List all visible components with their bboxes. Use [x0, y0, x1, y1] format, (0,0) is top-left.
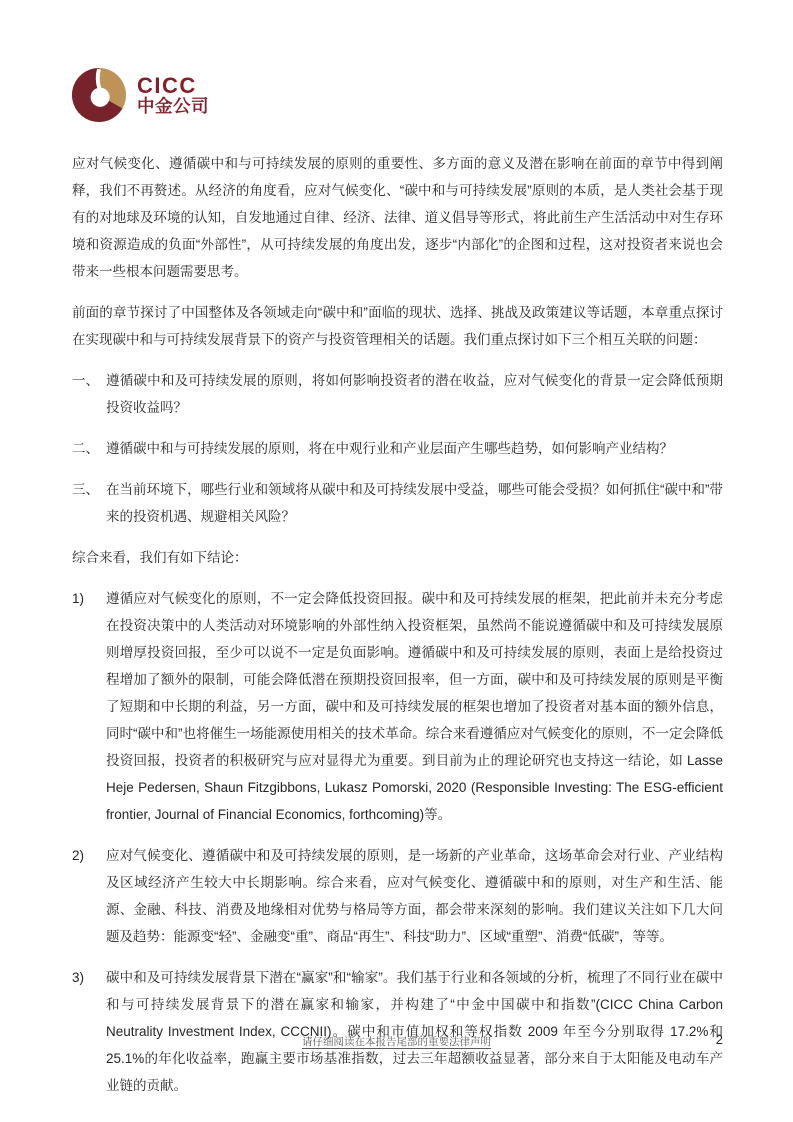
page-footer: 请仔细阅读在本报告尾部的重要法律声明 2: [0, 1034, 793, 1056]
paragraph-chapter-overview: 前面的章节探讨了中国整体及各领域走向“碳中和”面临的现状、选择、挑战及政策建议等…: [72, 299, 723, 353]
question-marker-3: 三、: [72, 476, 106, 530]
conclusions-intro: 综合来看，我们有如下结论：: [72, 544, 723, 571]
conclusion-marker-2: 2): [72, 842, 106, 950]
brand-text: CICC 中金公司: [137, 74, 209, 117]
page-number: 2: [716, 1032, 723, 1047]
question-item-3: 三、 在当前环境下，哪些行业和领域将从碳中和及可持续发展中受益，哪些可能会受损？…: [72, 476, 723, 530]
conclusion-marker-3: 3): [72, 964, 106, 1099]
document-body: 应对气候变化、遵循碳中和与可持续发展的原则的重要性、多方面的意义及潜在影响在前面…: [72, 150, 723, 1113]
conclusion-item-1: 1) 遵循应对气候变化的原则，不一定会降低投资回报。碳中和及可持续发展的框架，把…: [72, 585, 723, 828]
question-text-1: 遵循碳中和及可持续发展的原则，将如何影响投资者的潜在收益，应对气候变化的背景一定…: [106, 367, 723, 421]
cicc-logo-icon: [72, 68, 126, 122]
question-text-2: 遵循碳中和与可持续发展的原则，将在中观行业和产业层面产生哪些趋势，如何影响产业结…: [106, 435, 723, 462]
report-page: CICC 中金公司 应对气候变化、遵循碳中和与可持续发展的原则的重要性、多方面的…: [0, 0, 793, 1122]
conclusion-item-2: 2) 应对气候变化、遵循碳中和及可持续发展的原则，是一场新的产业革命，这场革命会…: [72, 842, 723, 950]
brand-name-en: CICC: [137, 74, 209, 98]
legal-disclaimer: 请仔细阅读在本报告尾部的重要法律声明: [0, 1034, 793, 1049]
question-item-2: 二、 遵循碳中和与可持续发展的原则，将在中观行业和产业层面产生哪些趋势，如何影响…: [72, 435, 723, 462]
question-marker-1: 一、: [72, 367, 106, 421]
header: CICC 中金公司: [72, 68, 209, 122]
conclusion-item-3: 3) 碳中和及可持续发展背景下潜在“赢家”和“输家”。我们基于行业和各领域的分析…: [72, 964, 723, 1099]
conclusion-text-2: 应对气候变化、遵循碳中和及可持续发展的原则，是一场新的产业革命，这场革命会对行业…: [106, 842, 723, 950]
conclusion-text-3: 碳中和及可持续发展背景下潜在“赢家”和“输家”。我们基于行业和各领域的分析，梳理…: [106, 964, 723, 1099]
conclusion-marker-1: 1): [72, 585, 106, 828]
question-marker-2: 二、: [72, 435, 106, 462]
conclusion-text-1: 遵循应对气候变化的原则，不一定会降低投资回报。碳中和及可持续发展的框架，把此前并…: [106, 585, 723, 828]
brand-name-cn: 中金公司: [137, 97, 209, 116]
question-item-1: 一、 遵循碳中和及可持续发展的原则，将如何影响投资者的潜在收益，应对气候变化的背…: [72, 367, 723, 421]
question-text-3: 在当前环境下，哪些行业和领域将从碳中和及可持续发展中受益，哪些可能会受损？如何抓…: [106, 476, 723, 530]
paragraph-intro: 应对气候变化、遵循碳中和与可持续发展的原则的重要性、多方面的意义及潜在影响在前面…: [72, 150, 723, 285]
